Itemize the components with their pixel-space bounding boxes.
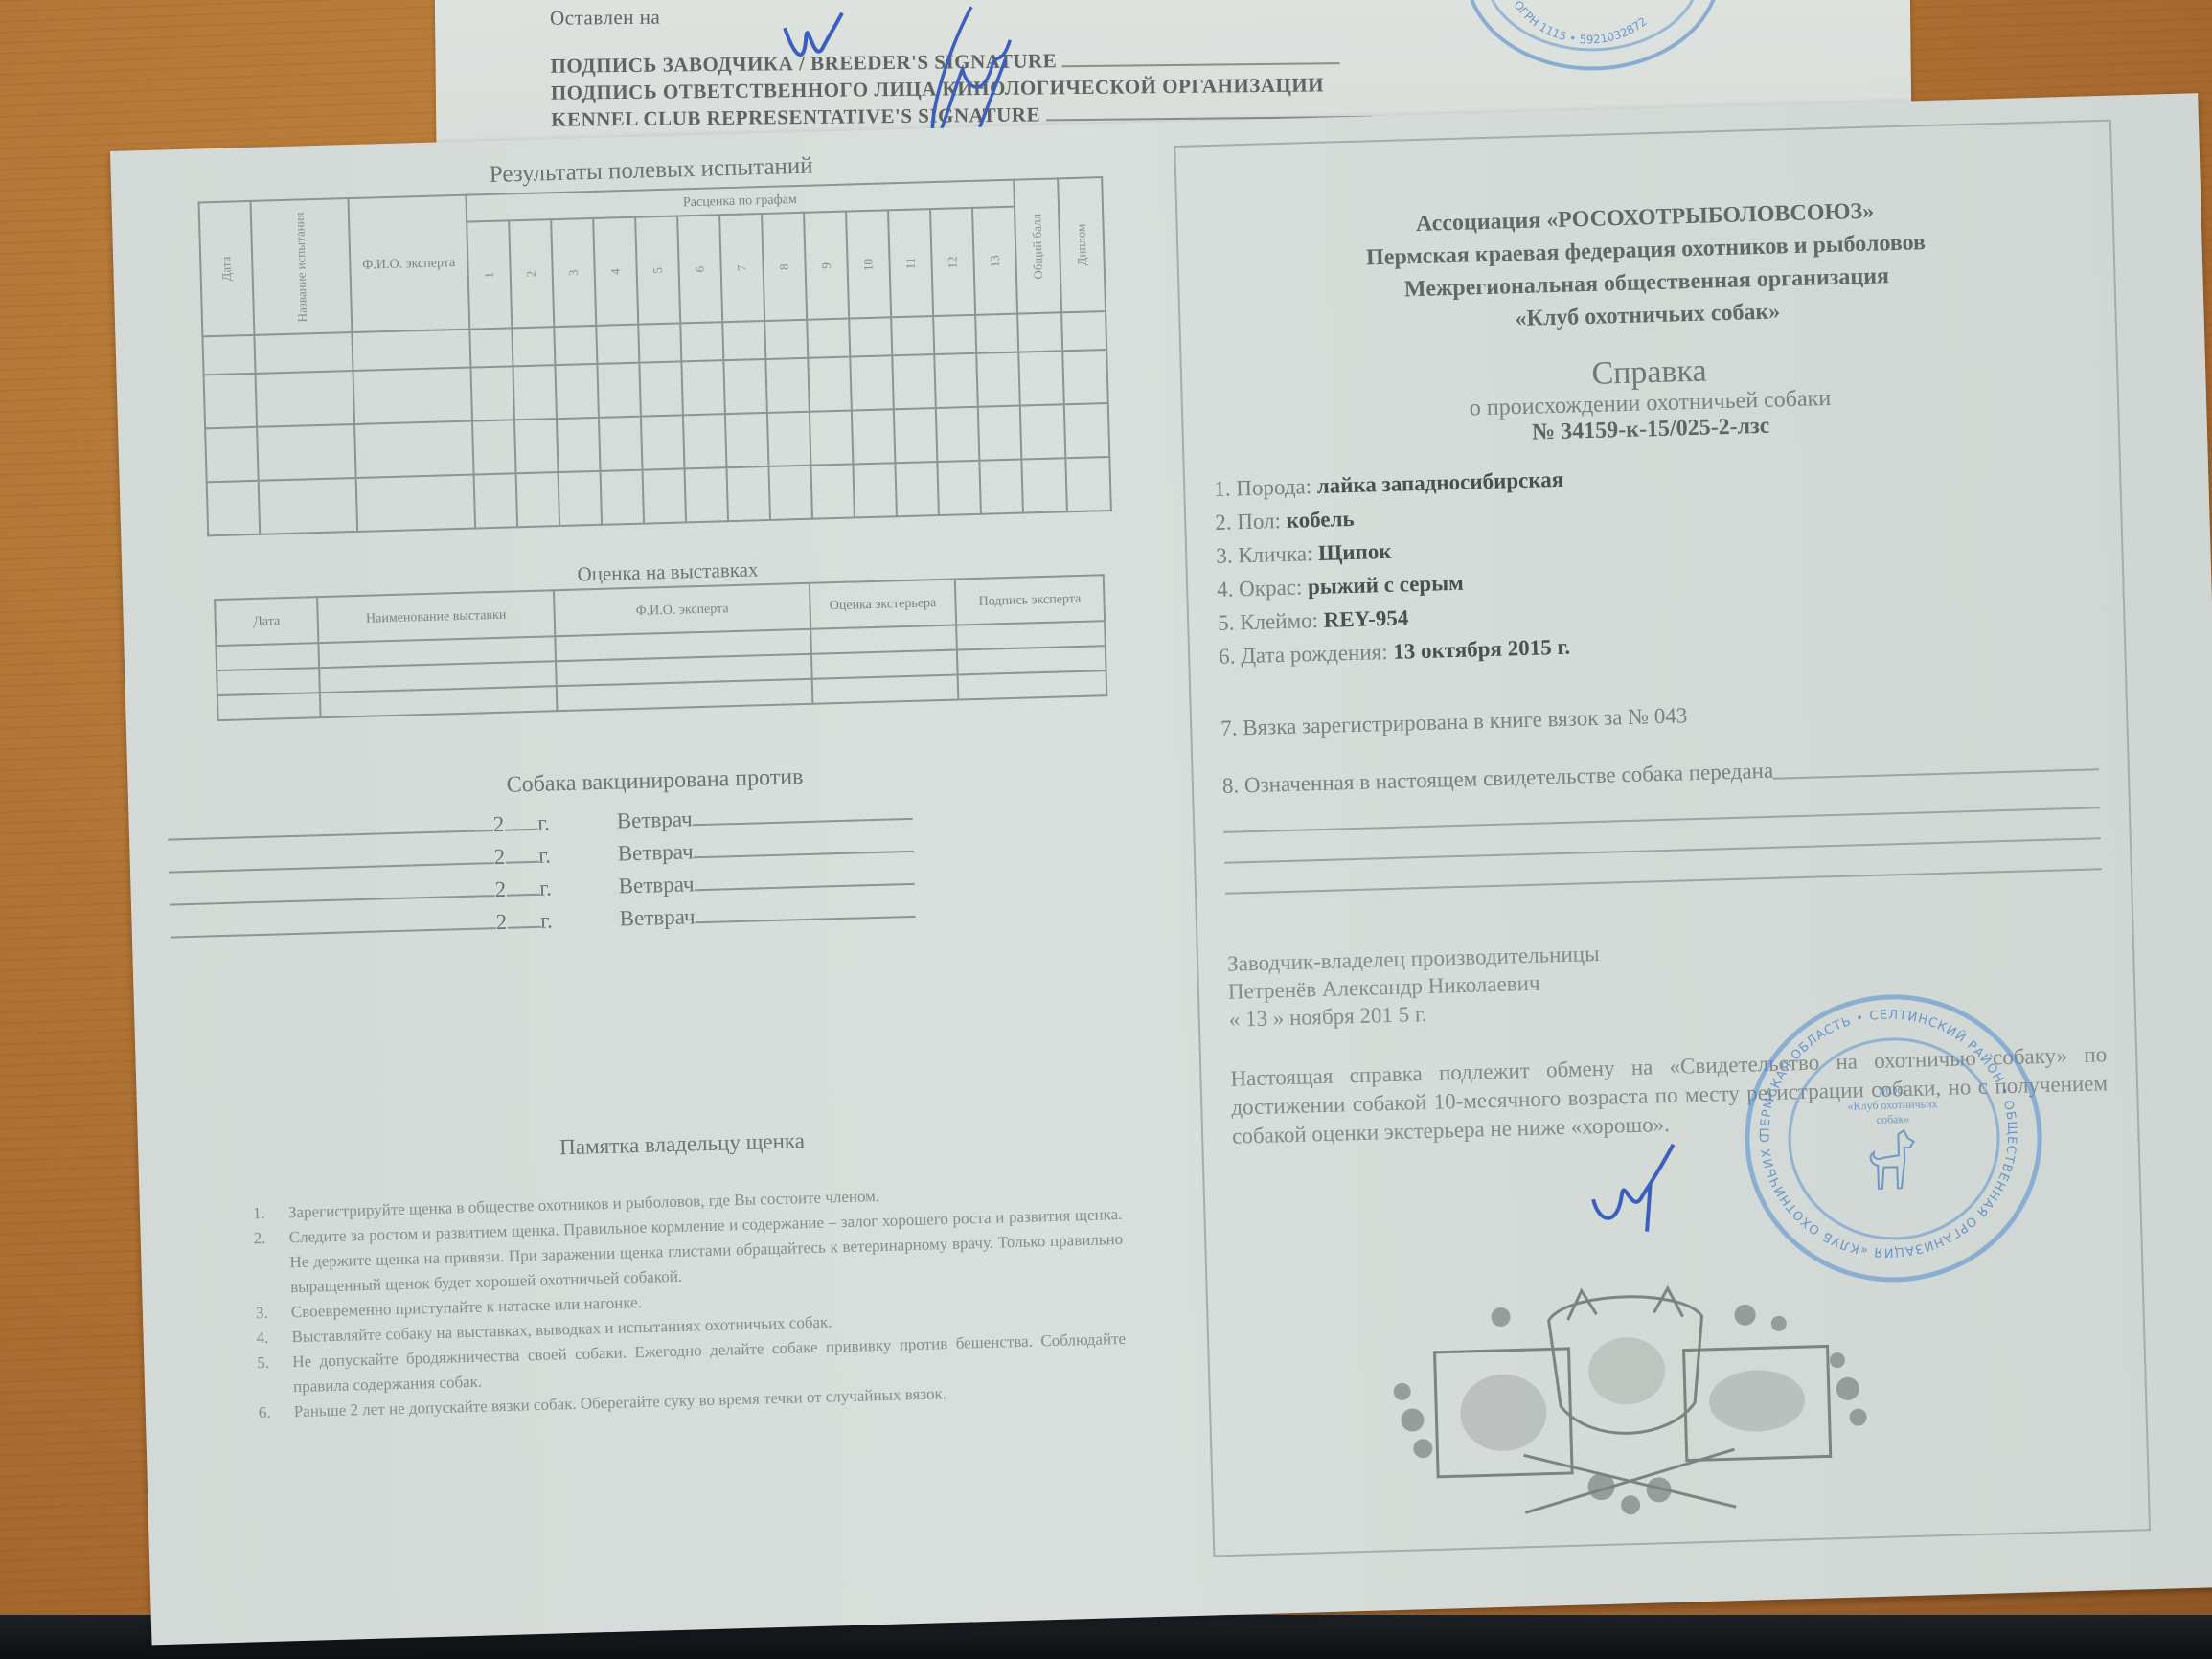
table-cell[interactable] [1061, 311, 1106, 351]
table-cell[interactable] [1065, 457, 1111, 511]
table-cell[interactable] [808, 357, 852, 412]
breeder-signature-scribble-icon [775, 9, 853, 77]
stamp-ring-text-icon: ПЕРМСКАЯ ОБЛАСТЬ • СЕЛТИНСКИЙ РАЙОН • ОБ… [1746, 996, 2032, 1272]
right-page: Ассоциация «РОСОХОТРЫБОЛОВСОЮЗ»Пермская … [1174, 120, 2151, 1557]
dog-detail-label: 3. Кличка: [1216, 541, 1313, 568]
col-score-4: 4 [593, 217, 638, 326]
table-cell[interactable] [937, 461, 981, 515]
left-behind-label: Оставлен на [550, 6, 660, 31]
dog-detail-label: 2. Пол: [1215, 509, 1281, 534]
table-cell[interactable] [513, 365, 557, 420]
year-prefix: 2 [492, 812, 504, 836]
col-score-3: 3 [551, 218, 596, 327]
table-cell[interactable] [356, 475, 475, 532]
table-cell[interactable] [892, 354, 936, 409]
puppy-owner-memo: Зарегистрируйте щенка в обществе охотник… [231, 1177, 1128, 1426]
table-cell[interactable] [512, 327, 555, 366]
col-score-12: 12 [930, 208, 975, 316]
table-cell[interactable] [353, 368, 472, 424]
table-cell[interactable] [684, 467, 728, 522]
col-score-6: 6 [677, 215, 722, 323]
table-cell[interactable] [979, 460, 1023, 514]
field-trials-table: Дата Название испытания Ф.И.О. эксперта … [198, 176, 1112, 536]
year-field[interactable] [506, 871, 540, 897]
table-cell[interactable] [958, 670, 1107, 699]
dog-detail-value: REY-954 [1323, 605, 1408, 631]
table-cell[interactable] [256, 371, 354, 427]
table-cell[interactable] [683, 414, 727, 468]
table-cell[interactable] [216, 643, 319, 670]
year-suffix: г. [537, 810, 550, 834]
year-prefix: 2 [494, 877, 506, 901]
table-cell[interactable] [894, 408, 938, 463]
col-trial-name: Название испытания [251, 198, 352, 335]
table-cell[interactable] [258, 424, 356, 481]
table-cell[interactable] [320, 686, 558, 717]
vet-label: Ветврач [619, 904, 695, 930]
table-cell[interactable] [768, 466, 812, 520]
table-cell[interactable] [807, 319, 850, 358]
col-score-2: 2 [509, 219, 554, 328]
vet-signature-field[interactable] [695, 893, 916, 923]
table-cell[interactable] [891, 316, 934, 355]
table-cell[interactable] [255, 332, 353, 374]
dog-detail-value: Щипок [1318, 539, 1392, 565]
col-score-10: 10 [846, 210, 891, 318]
table-cell[interactable] [596, 325, 639, 364]
table-cell[interactable] [810, 464, 855, 518]
col-show-expert: Ф.И.О. эксперта [554, 583, 810, 636]
vet-signature-field[interactable] [693, 828, 914, 858]
year-suffix: г. [540, 908, 553, 932]
col-expert: Ф.И.О. эксперта [349, 195, 469, 332]
col-show-date: Дата [215, 597, 318, 646]
vet-label: Ветврач [618, 872, 694, 898]
dog-detail-value: рыжий с серым [1308, 571, 1464, 600]
table-cell[interactable] [354, 421, 473, 478]
col-exterior-grade: Оценка экстерьера [810, 580, 956, 629]
table-cell[interactable] [812, 675, 959, 704]
year-field[interactable] [507, 903, 541, 929]
table-cell[interactable] [558, 471, 602, 526]
table-cell[interactable] [767, 412, 811, 466]
vet-label: Ветврач [617, 839, 693, 865]
club-stamp: ПЕРМСКАЯ ОБЛАСТЬ • СЕЛТИНСКИЙ РАЙОН • ОБ… [1741, 990, 2045, 1286]
breeder-signature-field[interactable] [1062, 62, 1340, 67]
table-cell[interactable] [1062, 350, 1108, 404]
dog-detail-value: кобель [1286, 507, 1355, 533]
table-cell[interactable] [641, 415, 685, 469]
dog-details: 1. Порода: лайка западносибирская2. Пол:… [1185, 447, 2124, 674]
table-cell[interactable] [207, 481, 261, 535]
table-cell[interactable] [933, 315, 976, 354]
field-trials-title: Результаты полевых испытаний [489, 153, 813, 189]
table-cell[interactable] [895, 462, 939, 516]
col-score-7: 7 [719, 214, 764, 322]
col-expert-signature: Подпись эксперта [955, 575, 1105, 625]
table-cell[interactable] [1064, 403, 1110, 458]
table-cell[interactable] [853, 463, 897, 517]
shows-table: Дата Наименование выставки Ф.И.О. экспер… [214, 574, 1107, 721]
table-cell[interactable] [977, 406, 1021, 461]
table-cell[interactable] [975, 314, 1018, 353]
svg-text:ПЕРМСКАЯ ОБЛАСТЬ • СЕЛТИНСКИЙ: ПЕРМСКАЯ ОБЛАСТЬ • СЕЛТИНСКИЙ РАЙОН • ОБ… [1746, 996, 2023, 1263]
year-field[interactable] [505, 838, 539, 864]
year-suffix: г. [538, 843, 551, 867]
dog-detail-label: 1. Порода: [1214, 474, 1311, 501]
year-prefix: 2 [493, 845, 505, 869]
col-score-11: 11 [888, 209, 933, 317]
col-score-5: 5 [635, 216, 680, 325]
col-show-name: Наименование выставки [317, 590, 555, 643]
table-cell[interactable] [473, 473, 517, 528]
table-cell[interactable] [352, 330, 470, 371]
breeder-signature-icon [1577, 1140, 1685, 1239]
col-date: Дата [199, 201, 255, 336]
col-score-13: 13 [972, 207, 1017, 315]
table-cell[interactable] [852, 409, 896, 464]
table-cell[interactable] [849, 317, 892, 356]
table-cell[interactable] [599, 417, 643, 471]
svg-text:ОГРН 1115 • 5921032872: ОГРН 1115 • 5921032872 [1511, 0, 1650, 47]
club-stamp-top: ОГРН 1115 • 5921032872 [1464, 0, 1722, 72]
vet-signature-field[interactable] [694, 860, 915, 891]
year-field[interactable] [504, 806, 538, 831]
table-cell[interactable] [764, 320, 808, 359]
table-cell[interactable] [934, 353, 978, 408]
table-cell[interactable] [722, 321, 765, 360]
table-cell[interactable] [723, 359, 767, 414]
table-cell[interactable] [765, 358, 810, 413]
table-cell[interactable] [202, 335, 256, 375]
hunting-dogs-vignette-icon [1376, 1273, 1881, 1526]
table-cell[interactable] [472, 420, 516, 474]
table-cell[interactable] [557, 418, 601, 472]
table-cell[interactable] [725, 413, 769, 467]
table-cell[interactable] [1019, 404, 1065, 459]
dog-detail-label: 5. Клеймо: [1218, 608, 1318, 635]
col-total: Общий балл [1014, 178, 1061, 313]
table-cell[interactable] [259, 478, 357, 534]
table-cell[interactable] [217, 668, 320, 695]
table-cell[interactable] [514, 419, 559, 473]
col-score-1: 1 [467, 220, 512, 329]
table-cell[interactable] [204, 374, 258, 428]
table-cell[interactable] [936, 407, 980, 462]
col-diploma: Диплом [1058, 177, 1106, 312]
year-prefix: 2 [495, 910, 507, 934]
left-page: Результаты полевых испытаний Дата Назван… [110, 122, 1210, 1645]
table-cell[interactable] [642, 468, 686, 523]
stamp-ring-text-icon: ОГРН 1115 • 5921032872 [1464, 0, 1715, 64]
pedigree-certificate-spread: Результаты полевых испытаний Дата Назван… [110, 93, 2212, 1645]
table-cell[interactable] [600, 470, 644, 525]
table-cell[interactable] [1021, 458, 1067, 512]
table-cell[interactable] [217, 693, 321, 720]
table-cell[interactable] [976, 352, 1020, 407]
table-cell[interactable] [469, 328, 513, 367]
vet-label: Ветврач [616, 807, 692, 832]
organization-header: Ассоциация «РОСОХОТРЫБОЛОВСОЮЗ»Пермская … [1177, 189, 2114, 345]
vet-signature-field[interactable] [692, 795, 913, 826]
table-cell[interactable] [1018, 351, 1064, 405]
dog-detail-label: 6. Дата рождения: [1219, 640, 1388, 669]
table-cell[interactable] [515, 472, 559, 527]
shows-title: Оценка на выставках [577, 557, 759, 586]
table-cell[interactable] [1017, 312, 1062, 352]
table-cell[interactable] [680, 322, 723, 361]
mating-registered-label: 7. Вязка зарегистрирована в книге вязок … [1220, 704, 1649, 739]
table-cell[interactable] [726, 466, 770, 521]
dog-detail-label: 4. Окрас: [1217, 575, 1303, 601]
table-cell[interactable] [639, 361, 683, 416]
col-score-9: 9 [804, 212, 849, 320]
year-suffix: г. [539, 875, 552, 899]
dog-detail-value: 13 октября 2015 г. [1393, 635, 1570, 664]
table-cell[interactable] [554, 326, 597, 365]
table-cell[interactable] [597, 363, 641, 418]
table-cell[interactable] [850, 355, 894, 410]
table-cell[interactable] [681, 360, 725, 415]
col-score-8: 8 [762, 213, 807, 321]
vaccination-title: Собака вакцинирована против [506, 764, 804, 799]
table-cell[interactable] [205, 427, 259, 482]
memo-title: Памятка владельцу щенка [559, 1128, 805, 1160]
table-cell[interactable] [555, 364, 599, 419]
dog-detail-value: лайка западносибирская [1316, 467, 1563, 498]
vaccine-field[interactable] [167, 807, 493, 840]
mating-registered-value: 043 [1653, 703, 1687, 728]
table-cell[interactable] [470, 366, 514, 420]
table-cell[interactable] [810, 411, 854, 466]
table-cell[interactable] [638, 323, 681, 362]
